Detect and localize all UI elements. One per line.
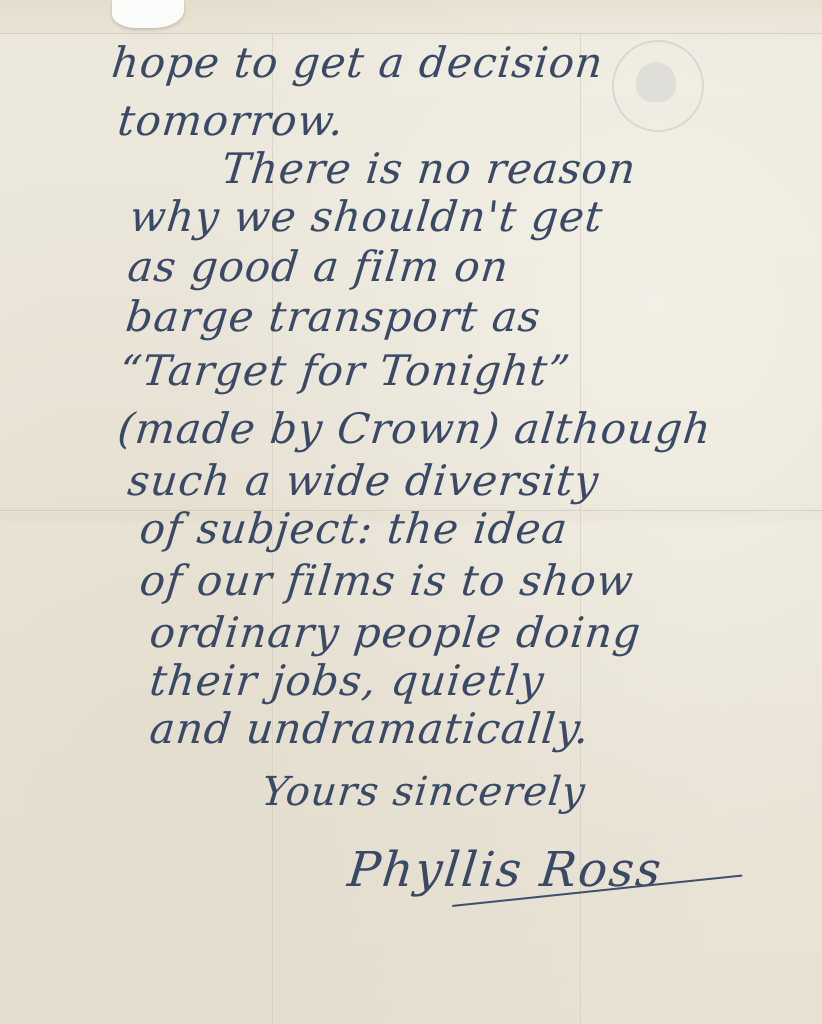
letter-line: as good a film on [126, 246, 511, 288]
letter-line: ordinary people doing [148, 612, 643, 654]
letter-line: such a wide diversity [126, 460, 601, 502]
closing-salutation: Yours sincerely [260, 772, 588, 812]
letter-body: hope to get a decision tomorrow. There i… [0, 0, 822, 1024]
letter-line: and undramatically. [148, 708, 592, 750]
letter-line: There is no reason [220, 148, 639, 190]
letter-line: of our films is to show [138, 560, 636, 602]
letter-line: their jobs, quietly [148, 660, 547, 702]
letter-line: (made by Crown) although [116, 408, 714, 450]
letter-line: barge transport as [124, 296, 543, 338]
letter-line: why we shouldn't get [128, 196, 605, 238]
letter-line: hope to get a decision [110, 42, 606, 84]
letter-line: of subject: the idea [138, 508, 570, 550]
letter-line: “Target for Tonight” [118, 350, 573, 392]
letter-line: tomorrow. [116, 100, 346, 142]
